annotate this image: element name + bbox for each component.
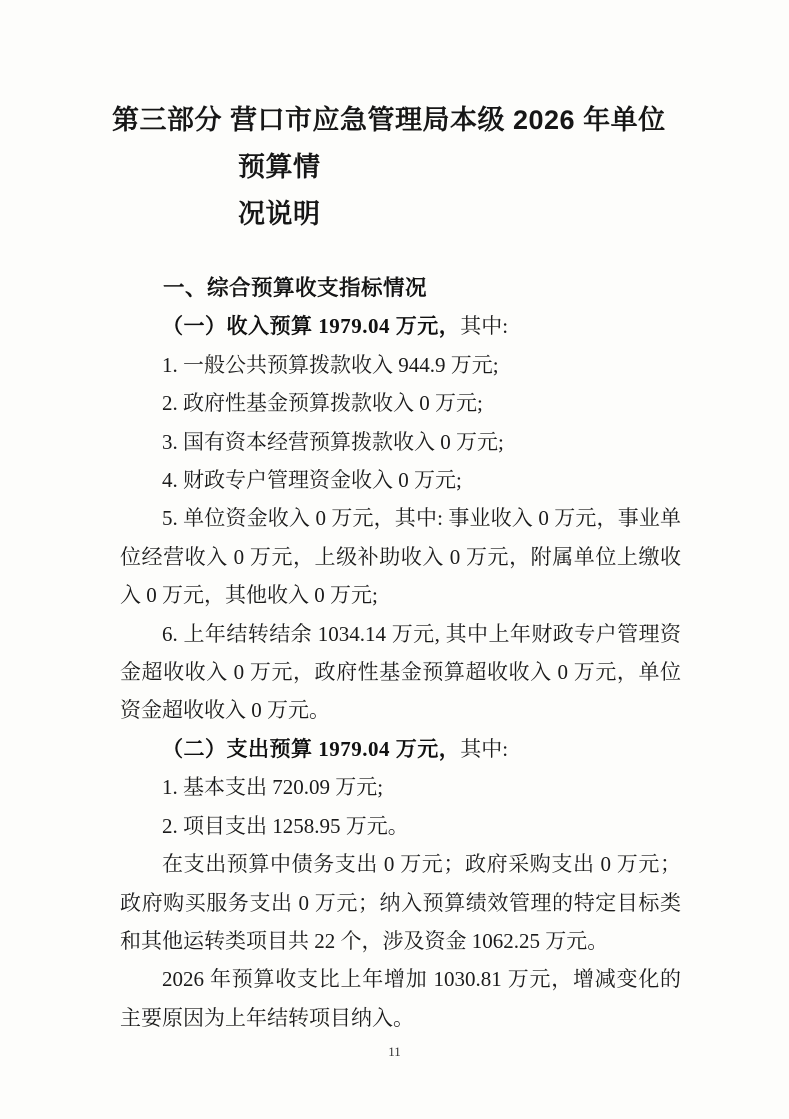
section-heading: 一、综合预算收支指标情况 — [120, 269, 681, 307]
document-page: 第三部分 营口市应急管理局本级 2026 年单位预算情况说明 一、综合预算收支指… — [0, 0, 789, 1119]
income-lead-bold: （一）收入预算 1979.04 万元， — [162, 314, 460, 338]
page-content: 第三部分 营口市应急管理局本级 2026 年单位预算情况说明 一、综合预算收支指… — [120, 0, 681, 1037]
expense-item-1: 1. 基本支出 720.09 万元; — [120, 768, 681, 806]
income-lead-paragraph: （一）收入预算 1979.04 万元，其中: — [120, 307, 681, 345]
title-line-1: 第三部分 营口市应急管理局本级 2026 年单位预算情 — [112, 105, 666, 182]
income-item-5: 5. 单位资金收入 0 万元，其中: 事业收入 0 万元，事业单位经营收入 0 … — [120, 499, 681, 614]
income-item-4: 4. 财政专户管理资金收入 0 万元; — [120, 461, 681, 499]
expense-item-2: 2. 项目支出 1258.95 万元。 — [120, 807, 681, 845]
note-paragraph-2: 2026 年预算收支比上年增加 1030.81 万元，增减变化的主要原因为上年结… — [120, 960, 681, 1037]
income-item-1: 1. 一般公共预算拨款收入 944.9 万元; — [120, 346, 681, 384]
document-body: 一、综合预算收支指标情况 （一）收入预算 1979.04 万元，其中: 1. 一… — [120, 269, 681, 1037]
document-title: 第三部分 营口市应急管理局本级 2026 年单位预算情况说明 — [112, 97, 681, 238]
expense-lead-paragraph: （二）支出预算 1979.04 万元，其中: — [120, 730, 681, 768]
note-paragraph-1: 在支出预算中债务支出 0 万元；政府采购支出 0 万元；政府购买服务支出 0 万… — [120, 845, 681, 960]
title-line-2: 况说明 — [238, 199, 321, 229]
income-item-6: 6. 上年结转结余 1034.14 万元, 其中上年财政专户管理资金超收收入 0… — [120, 615, 681, 730]
income-item-3: 3. 国有资本经营预算拨款收入 0 万元; — [120, 423, 681, 461]
expense-lead-bold: （二）支出预算 1979.04 万元， — [162, 737, 460, 761]
income-item-2: 2. 政府性基金预算拨款收入 0 万元; — [120, 384, 681, 422]
page-number: 11 — [0, 1044, 789, 1060]
expense-lead-rest: 其中: — [460, 737, 508, 761]
income-lead-rest: 其中: — [460, 314, 508, 338]
